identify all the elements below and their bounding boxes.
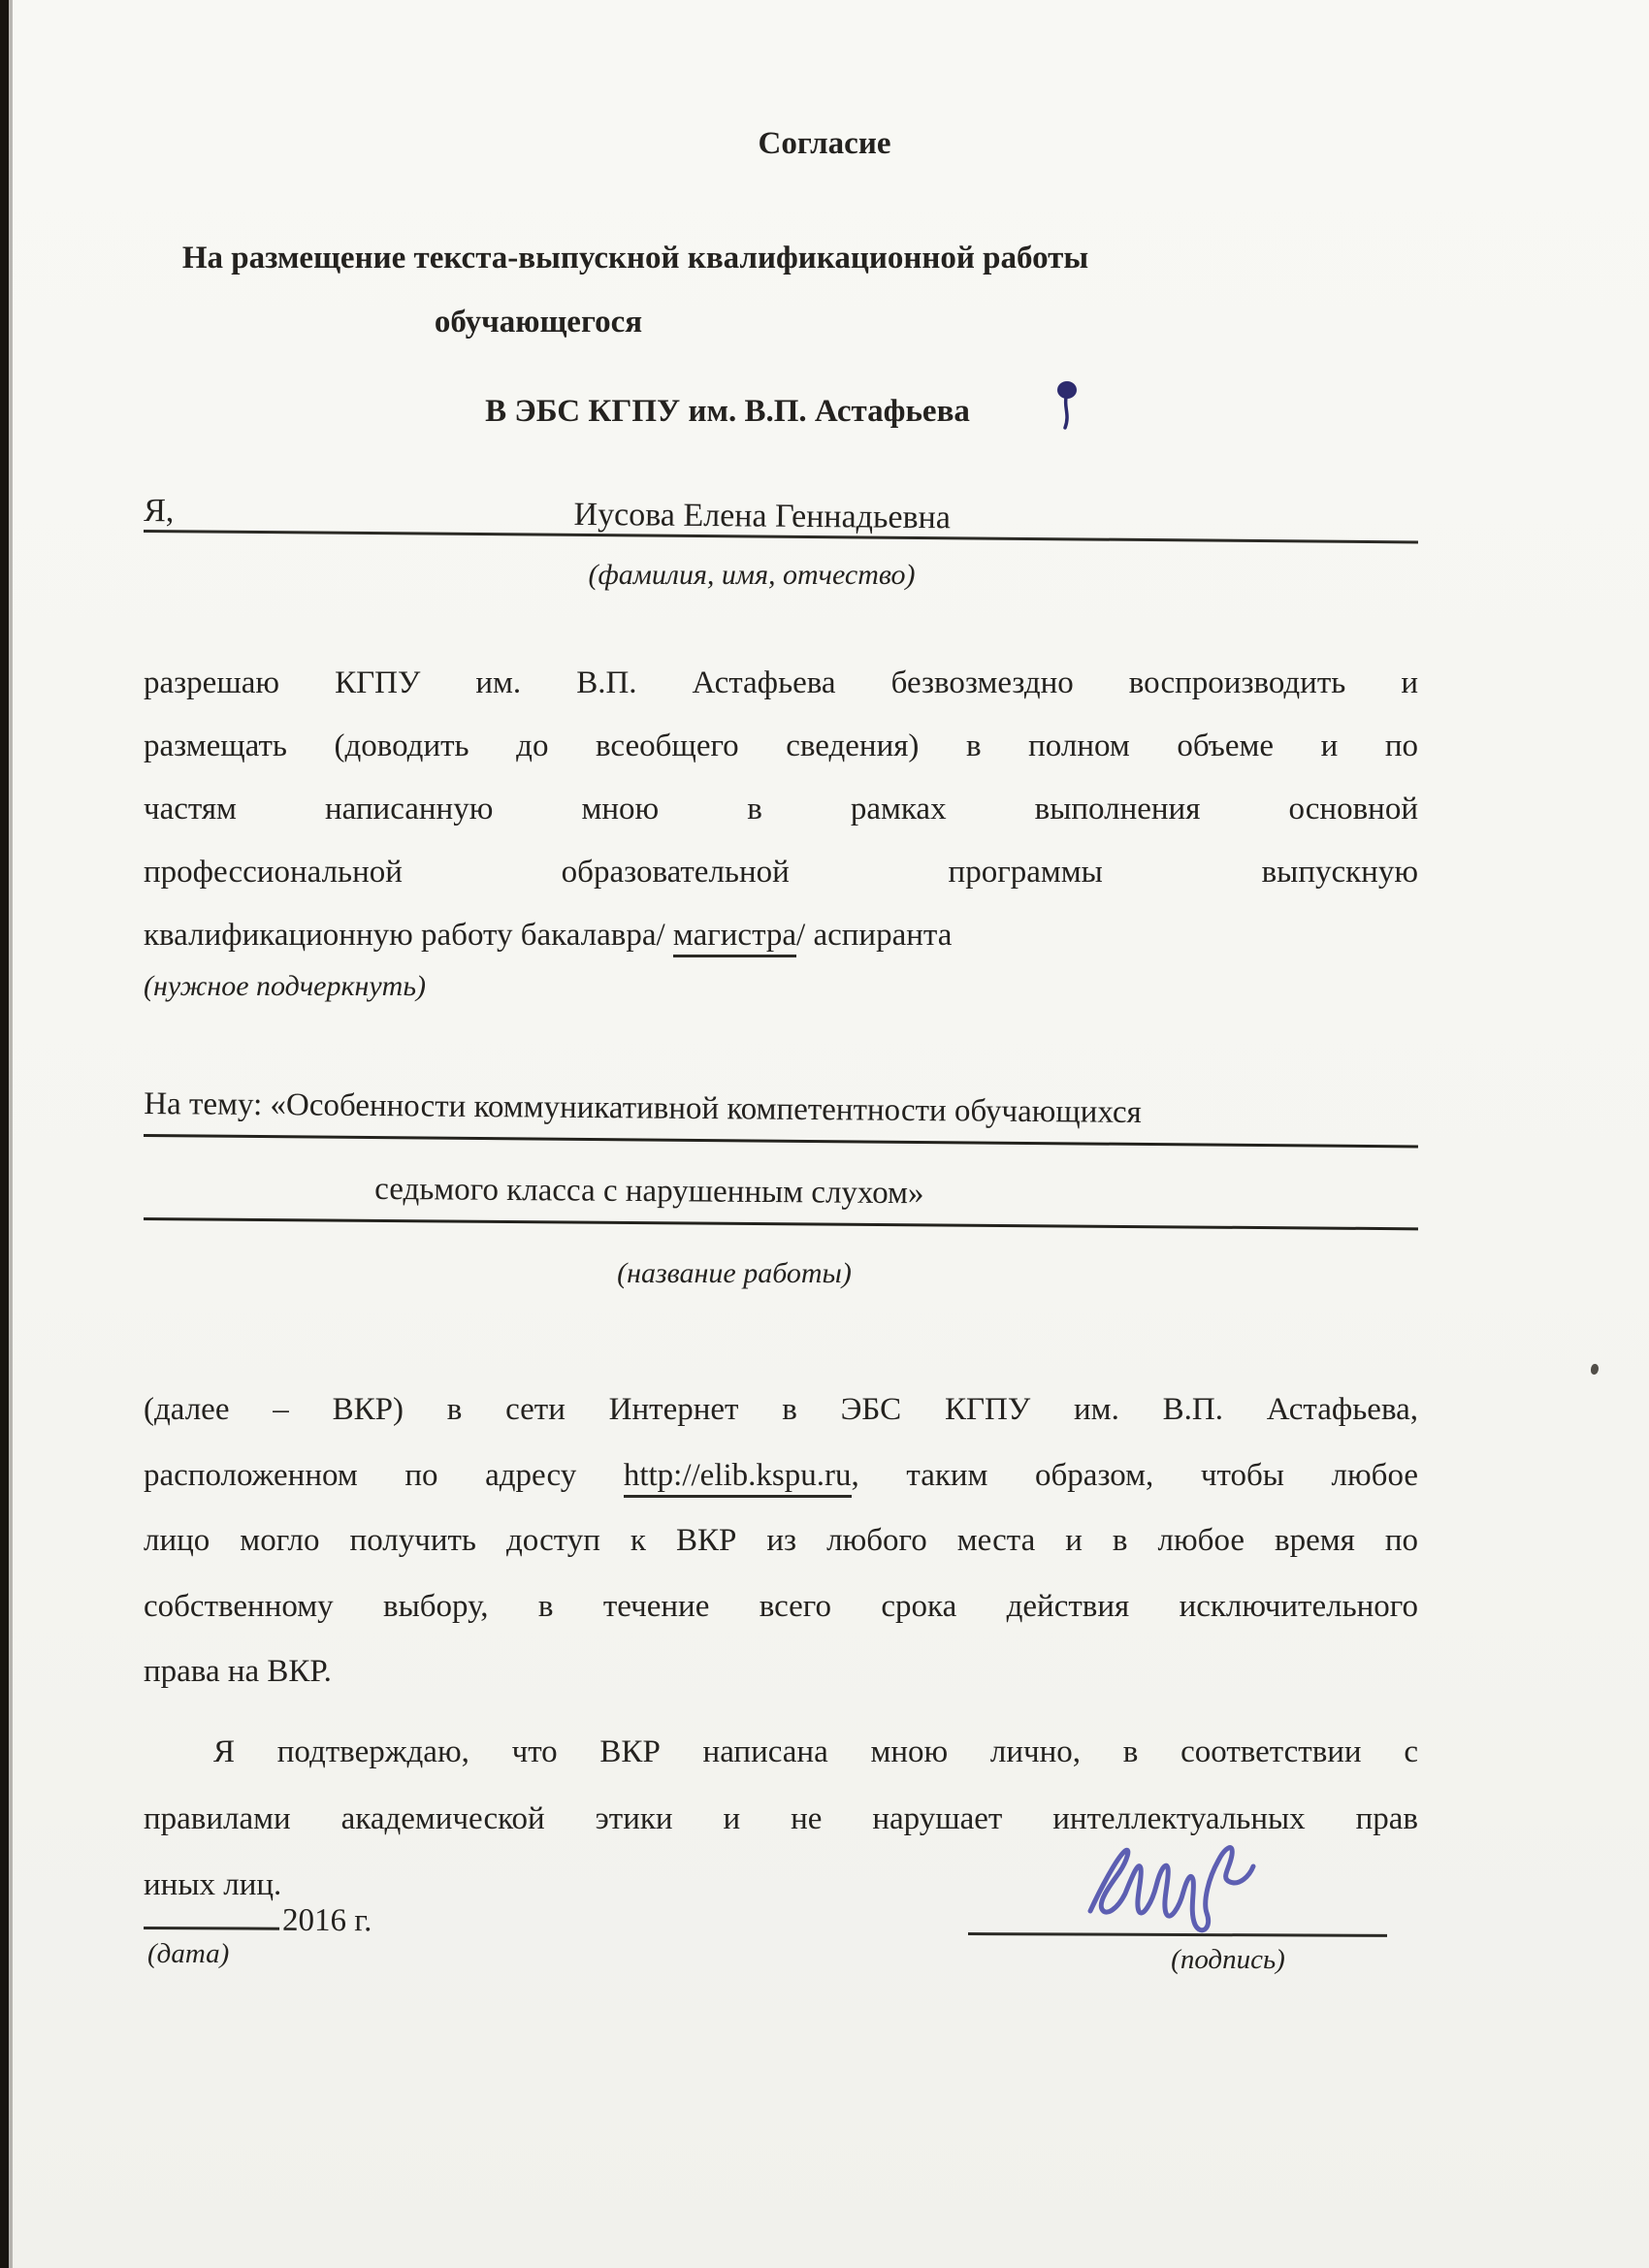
signature-caption: (подпись) (968, 1944, 1387, 1976)
permission-line: профессиональной образовательной програм… (144, 841, 1418, 904)
topic-line2: седьмого класса с нарушенным слухом» (144, 1170, 1418, 1230)
vkr-line: собственному выбору, в течение всего сро… (144, 1574, 1418, 1640)
scan-speck (1591, 1364, 1599, 1375)
ebs-heading: В ЭБС КГПУ им. В.П. Астафьева (144, 392, 1418, 432)
underline-note: (нужное подчеркнуть) (144, 970, 1418, 1003)
scan-edge-strip (0, 0, 9, 2268)
ink-blot (1053, 380, 1081, 437)
doc-subtitle-line1: На размещение текста-выпускной квалифика… (144, 239, 1418, 278)
elib-url: http://elib.kspu.ru (624, 1458, 852, 1498)
year-text: 2016 г. (282, 1903, 372, 1938)
permission-line: разрешаю КГПУ им. В.П. Астафьева безвозм… (144, 652, 1418, 715)
confirmation-line: Я подтверждаю, что ВКР написана мною лич… (144, 1719, 1418, 1786)
doc-subtitle-line2: обучающегося (144, 303, 1418, 342)
topic-line1: На тему: «Особенности коммуникативной ко… (144, 1086, 1418, 1148)
doc-title: Согласие (144, 124, 1418, 164)
underlined-degree: магистра (673, 918, 796, 957)
scan-edge-shadow (9, 0, 13, 2268)
author-name-caption: (фамилия, имя, отчество) (144, 559, 1418, 592)
document-page: Согласие На размещение текста-выпускной … (0, 0, 1649, 2268)
vkr-line: (далее – ВКР) в сети Интернет в ЭБС КГПУ… (144, 1377, 1418, 1443)
author-full-name: Иусова Елена Геннадьевна (140, 493, 1384, 540)
author-name-line: Я, Иусова Елена Геннадьевна (144, 483, 1418, 543)
date-blank-underline (144, 1890, 279, 1930)
vkr-paragraph: (далее – ВКР) в сети Интернет в ЭБС КГПУ… (144, 1377, 1418, 1705)
permission-degree-line: квалификационную работу бакалавра/ магис… (144, 904, 1418, 967)
vkr-line: права на ВКР. (144, 1639, 1418, 1705)
signature-scribble (1075, 1830, 1269, 1943)
topic-caption: (название работы) (144, 1257, 1418, 1290)
permission-line: частям написанную мною в рамках выполнен… (144, 778, 1418, 841)
date-line: 2016 г. (144, 1890, 648, 1941)
date-caption: (дата) (147, 1938, 229, 1970)
vkr-line: лицо могло получить доступ к ВКР из любо… (144, 1508, 1418, 1574)
permission-line: размещать (доводить до всеобщего сведени… (144, 715, 1418, 778)
vkr-url-line: расположенном по адресу http://elib.kspu… (144, 1443, 1418, 1509)
permission-paragraph: разрешаю КГПУ им. В.П. Астафьева безвозм… (144, 652, 1418, 967)
